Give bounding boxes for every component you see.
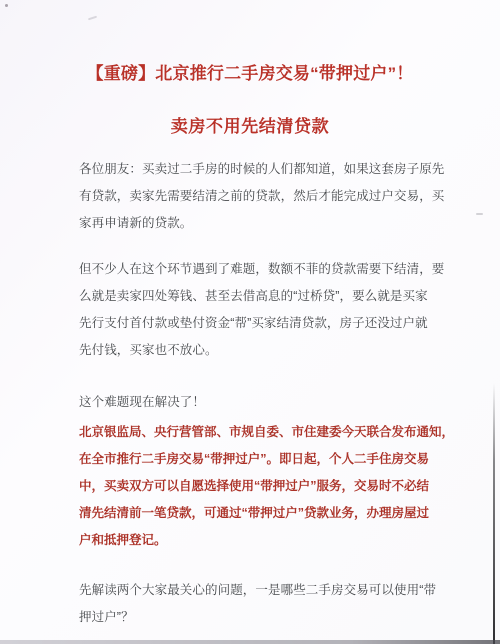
scan-dust-speck	[476, 213, 483, 215]
scan-page-edge-line	[493, 383, 495, 644]
scan-dust-speck	[5, 4, 8, 7]
paragraph-line: 各位朋友：买卖过二手房的时候的人们都知道，如果这套房子原先	[79, 156, 444, 183]
paragraph-line: 先解读两个大家最关心的问题，一是哪些二手房交易可以使用“带	[79, 577, 444, 604]
paragraph-line: 这个难题现在解决了！	[79, 389, 444, 416]
paragraph-line: 先行支付首付款或垫付资金“帮”买家结清贷款，房子还没过户就	[79, 310, 444, 337]
paragraph-line: 有贷款，卖家先需要结清之前的贷款，然后才能完成过户交易，买	[79, 183, 444, 210]
paragraph-line: 押过户”？	[79, 604, 444, 631]
paragraph-line: 先付钱，买家也不放心。	[79, 337, 444, 364]
paragraph-line: 北京银监局、央行营管部、市规自委、市住建委今天联合发布通知，	[79, 419, 444, 446]
paragraph-line: 在全市推行二手房交易“带押过户”。即日起，个人二手住房交易	[79, 446, 444, 473]
paragraph-line: 清先结清前一笔贷款，可通过“带押过户”贷款业务，办理房屋过	[79, 500, 444, 527]
paragraph-intro: 各位朋友：买卖过二手房的时候的人们都知道，如果这套房子原先 有贷款，卖家先需要结…	[79, 156, 444, 237]
paragraph-line: 家再申请新的贷款。	[79, 210, 444, 237]
scan-dust-speck	[88, 16, 97, 21]
paragraph-line: 么就是卖家四处筹钱、甚至去借高息的“过桥贷”，要么就是买家	[79, 283, 444, 310]
paragraph-question-lead: 先解读两个大家最关心的问题，一是哪些二手房交易可以使用“带 押过户”？	[79, 577, 444, 631]
scan-bottom-shadow	[0, 640, 500, 644]
paragraph-line: 中，买卖双方可以自愿选择使用“带押过户”服务，交易时不必结	[79, 473, 444, 500]
paragraph-line: 户和抵押登记。	[79, 527, 444, 554]
article-title: 【重磅】北京推行二手房交易“带押过户”！	[0, 61, 500, 87]
paragraph-problem: 但不少人在这个环节遇到了难题，数额不菲的贷款需要下结清，要 么就是卖家四处筹钱、…	[79, 256, 444, 364]
paragraph-line: 但不少人在这个环节遇到了难题，数额不菲的贷款需要下结清，要	[79, 256, 444, 283]
paragraph-solved-lead: 这个难题现在解决了！	[79, 389, 444, 416]
scanned-article-page: 【重磅】北京推行二手房交易“带押过户”！ 卖房不用先结清贷款 各位朋友：买卖过二…	[0, 0, 500, 644]
paragraph-announcement-highlight: 北京银监局、央行营管部、市规自委、市住建委今天联合发布通知， 在全市推行二手房交…	[79, 419, 444, 554]
article-subtitle: 卖房不用先结清贷款	[0, 114, 500, 140]
